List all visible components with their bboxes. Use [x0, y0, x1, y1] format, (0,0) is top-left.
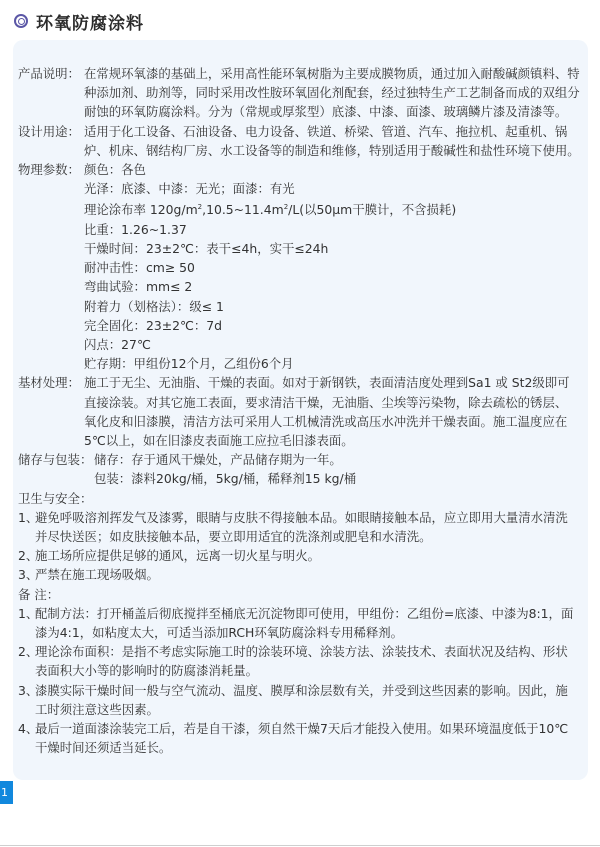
param-adhesion: 附着力（划格法）：级≤ 1 — [84, 297, 588, 316]
product-description-label: 产品说明： — [18, 64, 84, 122]
substrate-line: 氧化皮和旧漆膜，清洁方法可采用人工机械清洗或高压水冲洗并干燥表面。施工温度应在 — [84, 412, 588, 431]
physical-params: 物理参数： 颜色：各色 光泽：底漆、中漆：无光；面漆：有光 理论涂布率 120g… — [18, 160, 588, 373]
param-storage: 贮存期：甲组份12个月，乙组份6个月 — [84, 354, 588, 373]
safety-item: 3、 严禁在施工现场吸烟。 — [18, 565, 588, 584]
storage-info: 储存：存于通风干燥处，产品储存期为一年。 — [94, 450, 588, 469]
packaging-info: 包装：漆料20kg/桶，5kg/桶，稀释剂15 kg/桶 — [94, 469, 588, 488]
param-cure: 完全固化：23±2℃：7d — [84, 316, 588, 335]
note-item: 3、 漆膜实际干燥时间一般与空气流动、温度、膜厚和涂层数有关，并受到这些因素的影… — [18, 681, 588, 719]
param-flash: 闪点：27℃ — [84, 335, 588, 354]
physical-params-label: 物理参数： — [18, 160, 84, 373]
safety-item: 1、 避免呼吸溶剂挥发气及漆雾，眼睛与皮肤不得接触本品。如眼睛接触本品，应立即用… — [18, 508, 588, 546]
param-impact: 耐冲击性：cm≥ 50 — [84, 258, 588, 277]
substrate-line: 5℃以上，如在旧漆皮表面施工应拉毛旧漆表面。 — [84, 431, 588, 450]
param-color: 颜色：各色 — [84, 160, 588, 179]
safety-item: 2、 施工场所应提供足够的通风，远离一切火星与明火。 — [18, 546, 588, 565]
page-number-tab: 1 — [0, 781, 13, 804]
storage-packaging: 储存与包装： 储存：存于通风干燥处，产品储存期为一年。 包装：漆料20kg/桶，… — [18, 450, 588, 488]
design-use: 设计用途： 适用于化工设备、石油设备、电力设备、铁道、桥梁、管道、汽车、拖拉机、… — [18, 122, 588, 160]
param-coverage: 理论涂布率 120g/m2,10.5~11.4m2/L(以50μm干膜计，不含损… — [84, 198, 588, 219]
document-body: 产品说明： 在常规环氧漆的基础上，采用高性能环氧树脂为主要成膜物质，通过加入耐酸… — [18, 64, 588, 757]
notes-label: 备 注： — [18, 585, 588, 604]
product-description: 产品说明： 在常规环氧漆的基础上，采用高性能环氧树脂为主要成膜物质，通过加入耐酸… — [18, 64, 588, 122]
note-item: 4、 最后一道面漆涂装完工后，若是自干漆，须自然干燥7天后才能投入使用。如果环境… — [18, 719, 588, 757]
bottom-divider — [0, 845, 600, 846]
param-gloss: 光泽：底漆、中漆：无光；面漆：有光 — [84, 179, 588, 198]
design-use-line: 适用于化工设备、石油设备、电力设备、铁道、桥梁、管道、汽车、拖拉机、起重机、锅 — [84, 122, 588, 141]
substrate-line: 直接涂装。对其它施工表面，要求清洁干燥，无油脂、尘埃等污染物，除去疏松的锈层、 — [84, 393, 588, 412]
product-description-line: 种添加剂、助剂等，同时采用改性胺环氧固化剂配套，经过独特生产工艺制备而成的双组分 — [84, 83, 588, 102]
substrate-line: 施工于无尘、无油脂、干燥的表面。如对于新钢铁，表面清洁度处理到Sa1 或 St2… — [84, 373, 588, 392]
substrate-treatment: 基材处理： 施工于无尘、无油脂、干燥的表面。如对于新钢铁，表面清洁度处理到Sa1… — [18, 373, 588, 450]
safety-label: 卫生与安全： — [18, 489, 588, 508]
design-use-label: 设计用途： — [18, 122, 84, 160]
note-item: 1、 配制方法：打开桶盖后彻底搅拌至桶底无沉淀物即可使用，甲组份：乙组份=底漆、… — [18, 604, 588, 642]
storage-packaging-label: 储存与包装： — [18, 450, 94, 488]
product-description-line: 在常规环氧漆的基础上，采用高性能环氧树脂为主要成膜物质，通过加入耐酸碱颜镇料、特 — [84, 64, 588, 83]
param-bending: 弯曲试验：mm≤ 2 — [84, 277, 588, 296]
product-description-line: 耐蚀的环氧防腐涂料。分为（常规或厚浆型）底漆、中漆、面漆、玻璃鳞片漆及清漆等。 — [84, 102, 588, 121]
double-circle-icon — [14, 14, 28, 28]
design-use-line: 炉、机床、钢结构厂房、水工设备等的制造和维修，特别适用于酸碱性和盐性环境下使用。 — [84, 141, 588, 160]
page-title: 环氧防腐涂料 — [36, 9, 144, 34]
note-item: 2、 理论涂布面积：是指不考虑实际施工时的涂装环境、涂装方法、涂装技术、表面状况… — [18, 642, 588, 680]
section-title: 环氧防腐涂料 — [14, 9, 144, 33]
substrate-label: 基材处理： — [18, 373, 84, 450]
param-drying: 干燥时间：23±2℃：表干≤4h，实干≤24h — [84, 239, 588, 258]
param-gravity: 比重：1.26~1.37 — [84, 220, 588, 239]
